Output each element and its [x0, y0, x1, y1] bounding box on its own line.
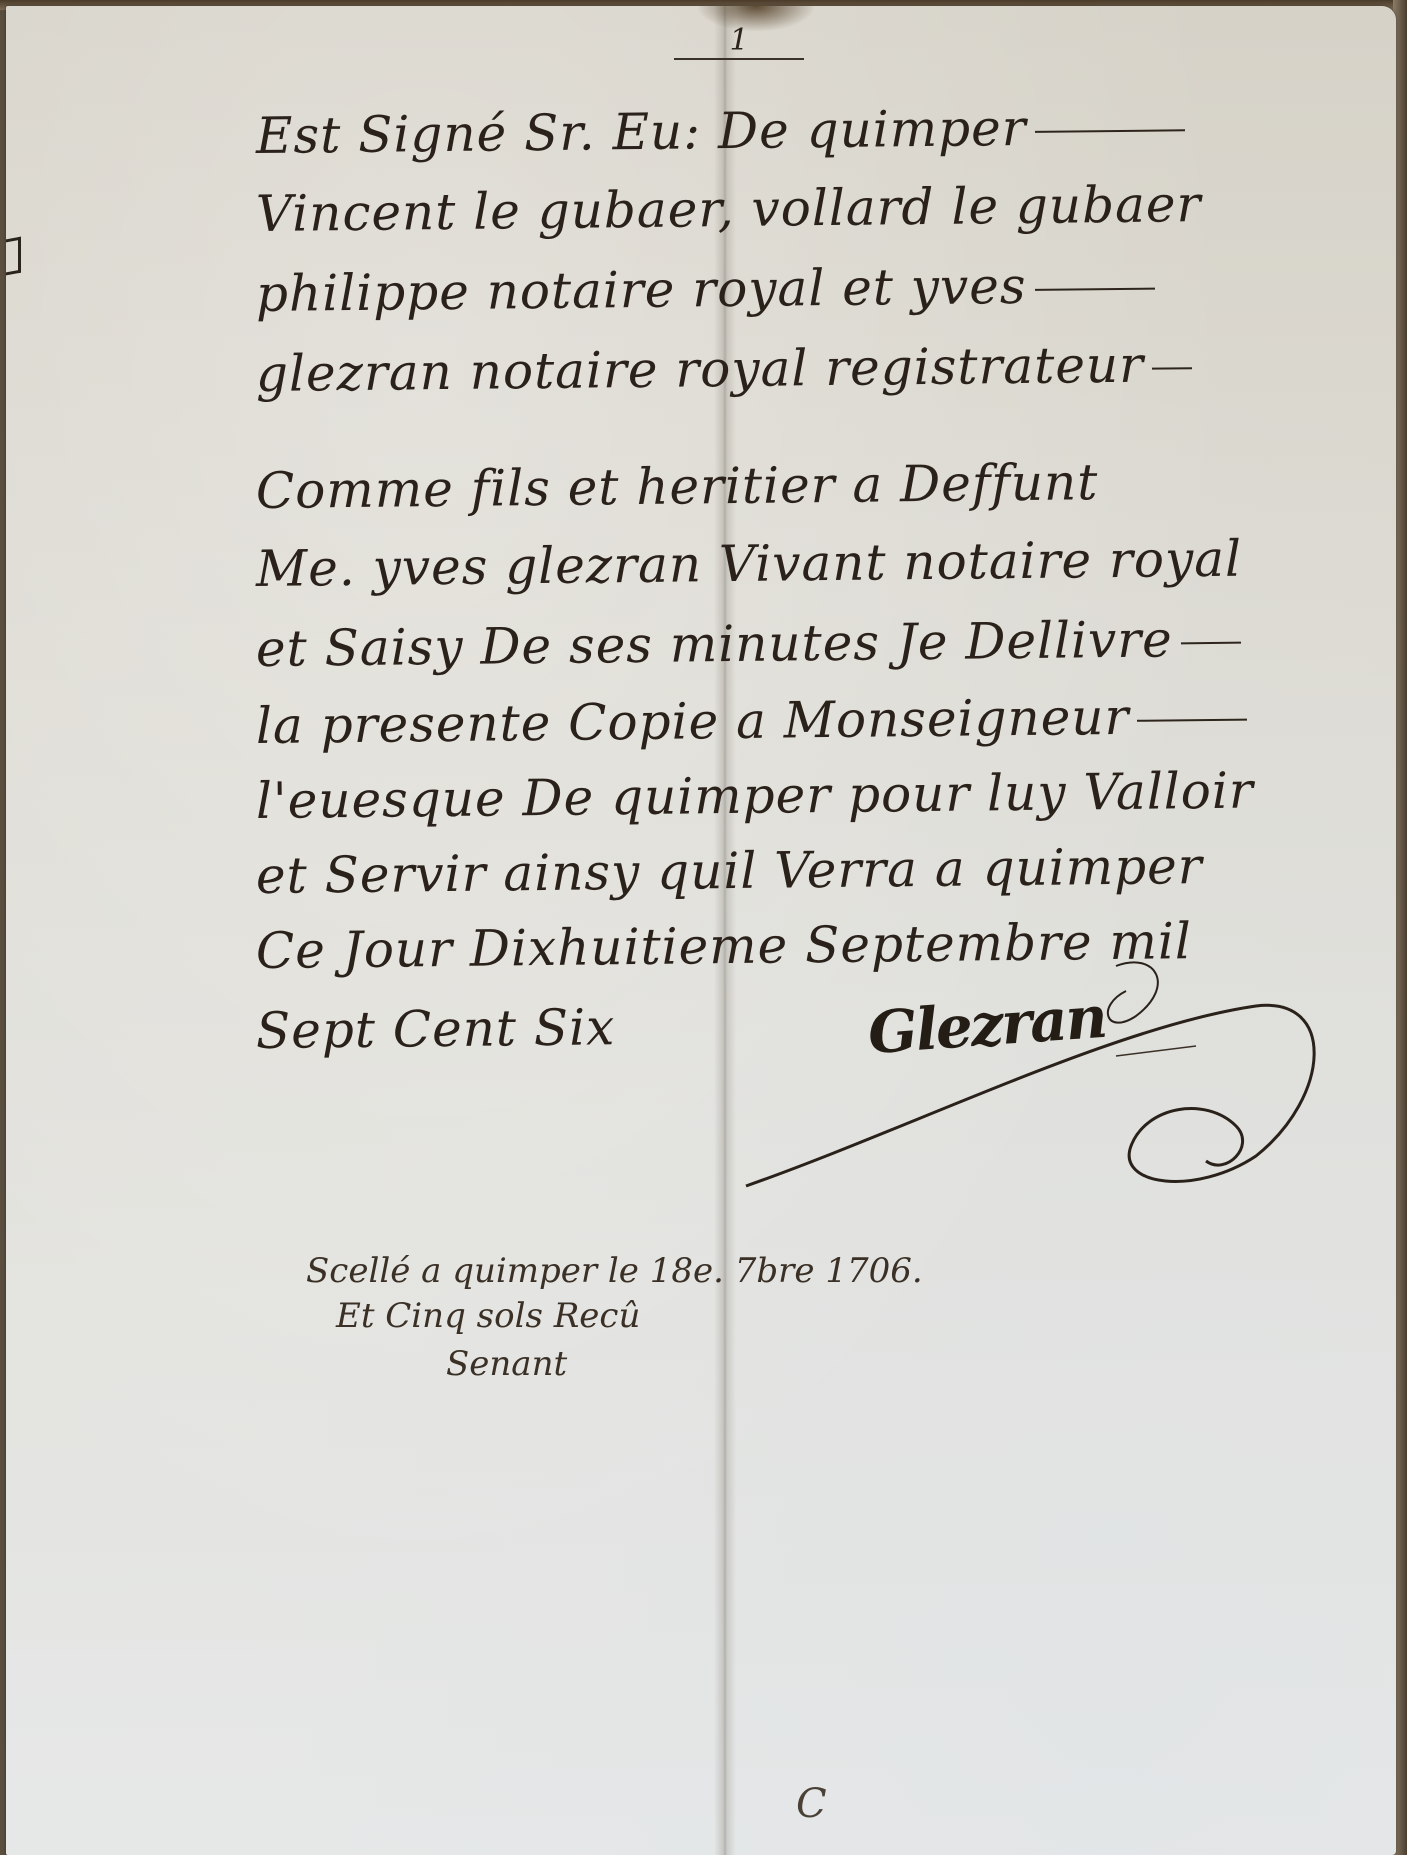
- body-line-2: Vincent le gubaer, vollard le gubaer: [256, 172, 1377, 244]
- seal-note-line-1: Scellé a quimper le 18e. 7bre 1706.: [306, 1251, 923, 1291]
- line-filler-stroke: [1137, 719, 1247, 722]
- body-line-10: et Servir ainsy quil Verra a quimper: [256, 834, 1377, 906]
- body-line-text: et Servir ainsy quil Verra a quimper: [256, 837, 1203, 905]
- body-line-text: Sept Cent Six: [256, 998, 616, 1060]
- line-filler-stroke: [1152, 367, 1192, 369]
- body-line-text: Me. yves glezran Vivant notaire royal: [256, 530, 1243, 598]
- body-line-9: l'euesque De quimper pour luy Valloir: [256, 759, 1377, 831]
- page-number: 1: [674, 28, 804, 60]
- body-line-text: la presente Copie a Monseigneur: [256, 688, 1130, 755]
- body-line-text: Comme fils et heritier a Deffunt: [256, 453, 1099, 520]
- line-filler-stroke: [1035, 129, 1185, 133]
- body-line-7: et Saisy De ses minutes Je Dellivre: [256, 607, 1377, 679]
- body-line-3: philippe notaire royal et yves: [256, 252, 1377, 324]
- body-line-text: et Saisy De ses minutes Je Dellivre: [256, 610, 1173, 678]
- body-line-text: philippe notaire royal et yves: [256, 257, 1027, 323]
- bottom-letter-mark: C: [796, 1781, 827, 1827]
- left-edge-ink-mark: [6, 237, 21, 276]
- body-line-1: Est Signé Sr. Eu: De quimper: [256, 94, 1377, 166]
- body-line-text: l'euesque De quimper pour luy Valloir: [256, 762, 1254, 830]
- body-line-5: Comme fils et heritier a Deffunt: [256, 449, 1377, 521]
- manuscript-page: 1 Est Signé Sr. Eu: De quimper Vincent l…: [6, 6, 1396, 1855]
- body-line-8: la presente Copie a Monseigneur: [256, 684, 1377, 756]
- body-line-6: Me. yves glezran Vivant notaire royal: [256, 527, 1377, 599]
- seal-note-line-2: Et Cinq sols Recû: [336, 1296, 640, 1336]
- body-line-text: Est Signé Sr. Eu: De quimper: [256, 99, 1027, 165]
- body-line-text: Vincent le gubaer, vollard le gubaer: [256, 175, 1202, 243]
- line-filler-stroke: [1181, 642, 1241, 645]
- signature-paraph-flourish: [736, 946, 1336, 1206]
- line-filler-stroke: [1035, 288, 1155, 291]
- body-line-text: glezran notaire royal registrateur: [256, 336, 1145, 403]
- seal-note-line-3: Senant: [446, 1344, 567, 1384]
- body-line-4: glezran notaire royal registrateur: [256, 332, 1377, 404]
